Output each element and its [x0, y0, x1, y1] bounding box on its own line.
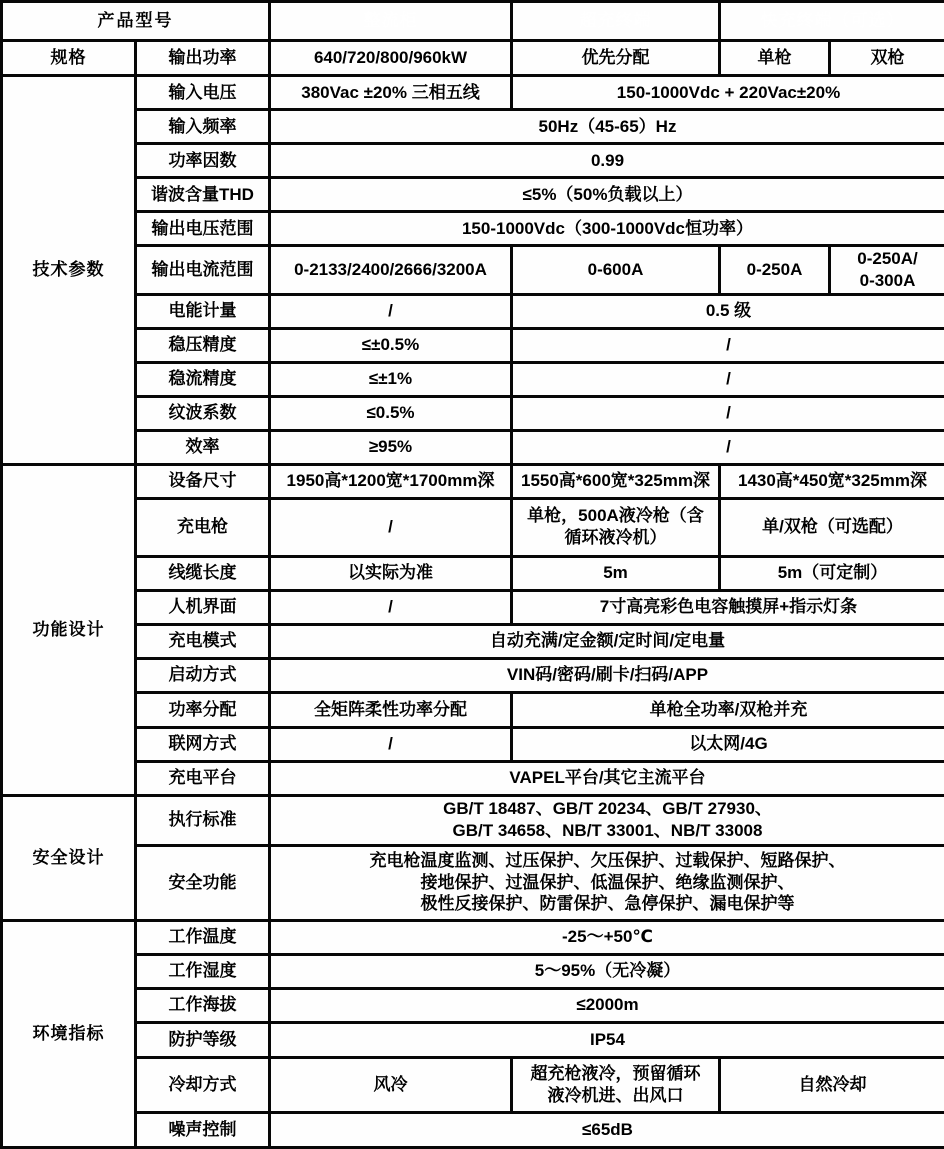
row-label: 输出功率 [136, 41, 270, 76]
spec-value: / [270, 294, 512, 328]
table-row: 功率因数 0.99 [2, 144, 944, 178]
table-row: 启动方式 VIN码/密码/刷卡/扫码/APP [2, 658, 944, 692]
row-label: 电能计量 [136, 294, 270, 328]
spec-value: 优先分配 [512, 41, 720, 76]
spec-value: 1430高*450宽*325mm深 [720, 464, 944, 498]
table-row: 规格 输出功率 640/720/800/960kW 优先分配 单枪 双枪 [2, 41, 944, 76]
row-label: 设备尺寸 [136, 464, 270, 498]
table-row: 稳流精度 ≤±1% / [2, 362, 944, 396]
spec-value: / [270, 498, 512, 556]
spec-value: / [512, 396, 944, 430]
spec-value: 双枪 [830, 41, 944, 76]
spec-sheet: 产品型号 整流柜 超充终端 快充终端（可选） 规格 输出功率 640/720/8… [0, 0, 944, 1149]
table-row: 防护等级 IP54 [2, 1022, 944, 1057]
spec-value: 以太网/4G [512, 727, 944, 761]
spec-value: GB/T 18487、GB/T 20234、GB/T 27930、 GB/T 3… [270, 795, 944, 845]
table-row: 线缆长度 以实际为准 5m 5m（可定制） [2, 556, 944, 590]
row-label: 功率分配 [136, 692, 270, 727]
spec-value: 单枪 [720, 41, 830, 76]
spec-value: 0.99 [270, 144, 944, 178]
spec-table: 产品型号 整流柜 超充终端 快充终端（可选） 规格 输出功率 640/720/8… [0, 0, 944, 1149]
table-row: 纹波系数 ≤0.5% / [2, 396, 944, 430]
table-row: 冷却方式 风冷 超充枪液冷，预留循环 液冷机进、出风口 自然冷却 [2, 1057, 944, 1112]
spec-value: ≤5%（50%负载以上） [270, 178, 944, 212]
row-label: 噪声控制 [136, 1112, 270, 1147]
table-row: 谐波含量THD ≤5%（50%负载以上） [2, 178, 944, 212]
spec-value: 1950高*1200宽*1700mm深 [270, 464, 512, 498]
spec-value: 50Hz（45-65）Hz [270, 110, 944, 144]
spec-value: 0-600A [512, 246, 720, 295]
spec-value: 单枪全功率/双枪并充 [512, 692, 944, 727]
spec-value: VIN码/密码/刷卡/扫码/APP [270, 658, 944, 692]
spec-value: 0-2133/2400/2666/3200A [270, 246, 512, 295]
row-label: 稳流精度 [136, 362, 270, 396]
spec-value: 640/720/800/960kW [270, 41, 512, 76]
spec-value: 全矩阵柔性功率分配 [270, 692, 512, 727]
spec-value: 自然冷却 [720, 1057, 944, 1112]
row-label: 输入电压 [136, 76, 270, 110]
spec-value: 充电枪温度监测、过压保护、欠压保护、过载保护、短路保护、 接地保护、过温保护、低… [270, 845, 944, 920]
spec-value: 单/双枪（可选配） [720, 498, 944, 556]
table-row: 环境指标 工作温度 -25～+50℃ [2, 920, 944, 954]
spec-value: 5m [512, 556, 720, 590]
row-label: 人机界面 [136, 590, 270, 624]
table-row: 稳压精度 ≤±0.5% / [2, 328, 944, 362]
table-row: 输出电压范围 150-1000Vdc（300-1000Vdc恒功率） [2, 212, 944, 246]
spec-value: -25～+50℃ [270, 920, 944, 954]
row-label: 工作海拔 [136, 988, 270, 1022]
table-row: 充电平台 VAPEL平台/其它主流平台 [2, 761, 944, 795]
spec-value: ≤65dB [270, 1112, 944, 1147]
row-label: 防护等级 [136, 1022, 270, 1057]
row-label: 安全功能 [136, 845, 270, 920]
row-label: 冷却方式 [136, 1057, 270, 1112]
spec-value: 0-250A/ 0-300A [830, 246, 944, 295]
row-label: 谐波含量THD [136, 178, 270, 212]
table-row: 输入频率 50Hz（45-65）Hz [2, 110, 944, 144]
table-row: 输出电流范围 0-2133/2400/2666/3200A 0-600A 0-2… [2, 246, 944, 295]
table-row: 安全设计 执行标准 GB/T 18487、GB/T 20234、GB/T 279… [2, 795, 944, 845]
spec-value: / [512, 328, 944, 362]
spec-value: ≥95% [270, 430, 512, 464]
table-row: 技术参数 输入电压 380Vac ±20% 三相五线 150-1000Vdc +… [2, 76, 944, 110]
row-label: 充电模式 [136, 624, 270, 658]
table-row: 安全功能 充电枪温度监测、过压保护、欠压保护、过载保护、短路保护、 接地保护、过… [2, 845, 944, 920]
spec-value: 1550高*600宽*325mm深 [512, 464, 720, 498]
table-row: 功率分配 全矩阵柔性功率分配 单枪全功率/双枪并充 [2, 692, 944, 727]
table-row: 联网方式 / 以太网/4G [2, 727, 944, 761]
spec-value: 自动充满/定金额/定时间/定电量 [270, 624, 944, 658]
row-label: 输出电流范围 [136, 246, 270, 295]
row-label: 稳压精度 [136, 328, 270, 362]
spec-value: / [270, 590, 512, 624]
section-functional-design: 功能设计 [2, 464, 136, 795]
row-label: 效率 [136, 430, 270, 464]
row-label: 功率因数 [136, 144, 270, 178]
spec-value: ≤2000m [270, 988, 944, 1022]
row-label: 执行标准 [136, 795, 270, 845]
spec-value: / [512, 362, 944, 396]
row-label: 输入频率 [136, 110, 270, 144]
header-supercharge-terminal: 超充终端 [512, 2, 720, 41]
table-row: 工作湿度 5～95%（无冷凝） [2, 954, 944, 988]
table-row: 充电枪 / 单枪，500A液冷枪（含 循环液冷机） 单/双枪（可选配） [2, 498, 944, 556]
spec-value: 7寸高亮彩色电容触摸屏+指示灯条 [512, 590, 944, 624]
table-row: 充电模式 自动充满/定金额/定时间/定电量 [2, 624, 944, 658]
header-product-model: 产品型号 [2, 2, 270, 41]
table-row: 噪声控制 ≤65dB [2, 1112, 944, 1147]
section-specs: 规格 [2, 41, 136, 76]
table-row: 人机界面 / 7寸高亮彩色电容触摸屏+指示灯条 [2, 590, 944, 624]
spec-value: / [512, 430, 944, 464]
row-label: 线缆长度 [136, 556, 270, 590]
spec-value: 380Vac ±20% 三相五线 [270, 76, 512, 110]
spec-value: 以实际为准 [270, 556, 512, 590]
spec-value: 0.5 级 [512, 294, 944, 328]
spec-value: 5m（可定制） [720, 556, 944, 590]
spec-value: 150-1000Vdc + 220Vac±20% [512, 76, 944, 110]
table-row: 功能设计 设备尺寸 1950高*1200宽*1700mm深 1550高*600宽… [2, 464, 944, 498]
row-label: 联网方式 [136, 727, 270, 761]
spec-value: / [270, 727, 512, 761]
spec-value: ≤±0.5% [270, 328, 512, 362]
spec-value: 150-1000Vdc（300-1000Vdc恒功率） [270, 212, 944, 246]
row-label: 纹波系数 [136, 396, 270, 430]
row-label: 充电平台 [136, 761, 270, 795]
table-row: 效率 ≥95% / [2, 430, 944, 464]
header-rectifier-cabinet: 整流柜 [270, 2, 512, 41]
table-row: 工作海拔 ≤2000m [2, 988, 944, 1022]
spec-value: IP54 [270, 1022, 944, 1057]
spec-value: ≤0.5% [270, 396, 512, 430]
spec-value: 5～95%（无冷凝） [270, 954, 944, 988]
table-row: 电能计量 / 0.5 级 [2, 294, 944, 328]
header-row: 产品型号 整流柜 超充终端 快充终端（可选） [2, 2, 944, 41]
row-label: 工作湿度 [136, 954, 270, 988]
spec-value: 单枪，500A液冷枪（含 循环液冷机） [512, 498, 720, 556]
section-environmental: 环境指标 [2, 920, 136, 1147]
row-label: 充电枪 [136, 498, 270, 556]
row-label: 工作温度 [136, 920, 270, 954]
spec-value: 0-250A [720, 246, 830, 295]
spec-value: VAPEL平台/其它主流平台 [270, 761, 944, 795]
section-technical-params: 技术参数 [2, 76, 136, 465]
spec-value: 超充枪液冷，预留循环 液冷机进、出风口 [512, 1057, 720, 1112]
row-label: 启动方式 [136, 658, 270, 692]
header-fastcharge-terminal: 快充终端（可选） [720, 2, 944, 41]
section-safety-design: 安全设计 [2, 795, 136, 920]
row-label: 输出电压范围 [136, 212, 270, 246]
spec-value: 风冷 [270, 1057, 512, 1112]
spec-value: ≤±1% [270, 362, 512, 396]
